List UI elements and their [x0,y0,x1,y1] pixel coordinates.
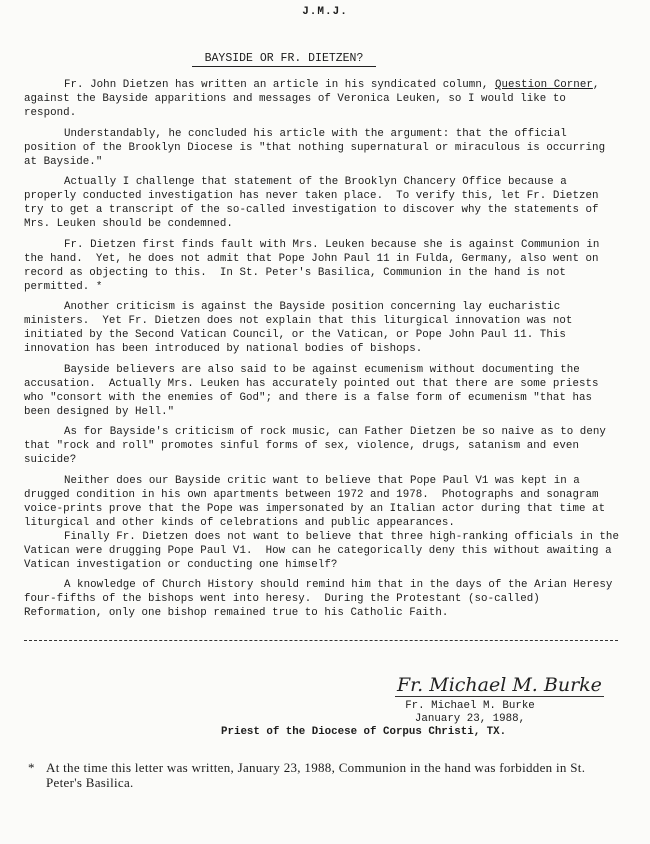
paragraph: Actually I challenge that statement of t… [24,175,624,231]
handwritten-signature: Fr. Michael M. Burke [395,674,604,697]
column-name: Question Corner [495,79,593,91]
header-mark: J.M.J. [0,6,650,18]
paragraph: Neither does our Bayside critic want to … [24,474,624,530]
paragraph: Finally Fr. Dietzen does not want to bel… [24,530,624,572]
paragraph: Bayside believers are also said to be ag… [24,363,624,419]
letter-title: BAYSIDE OR FR. DIETZEN? [192,52,376,67]
dashed-divider [24,640,618,641]
paragraph: A knowledge of Church History should rem… [24,578,624,620]
paragraph: As for Bayside's criticism of rock music… [24,425,624,467]
letter-page: J.M.J. BAYSIDE OR FR. DIETZEN? Fr. John … [0,0,650,844]
paragraph-text: Fr. John Dietzen has written an article … [64,79,495,91]
footnote-text: At the time this letter was written, Jan… [46,760,618,790]
signer-title: Priest of the Diocese of Corpus Christi,… [221,726,506,738]
letter-body: Fr. John Dietzen has written an article … [24,78,624,627]
paragraph: Another criticism is against the Bayside… [24,300,624,356]
signer-name: Fr. Michael M. Burke [380,700,560,713]
footnote: * At the time this letter was written, J… [28,760,618,790]
paragraph: Fr. John Dietzen has written an article … [24,78,624,120]
asterisk-icon: * [28,760,35,775]
paragraph: Understandably, he concluded his article… [24,127,624,169]
signature-date: January 23, 1988, [380,713,560,726]
signature-block: Fr. Michael M. Burke January 23, 1988, [380,700,560,726]
paragraph: Fr. Dietzen first finds fault with Mrs. … [24,238,624,294]
